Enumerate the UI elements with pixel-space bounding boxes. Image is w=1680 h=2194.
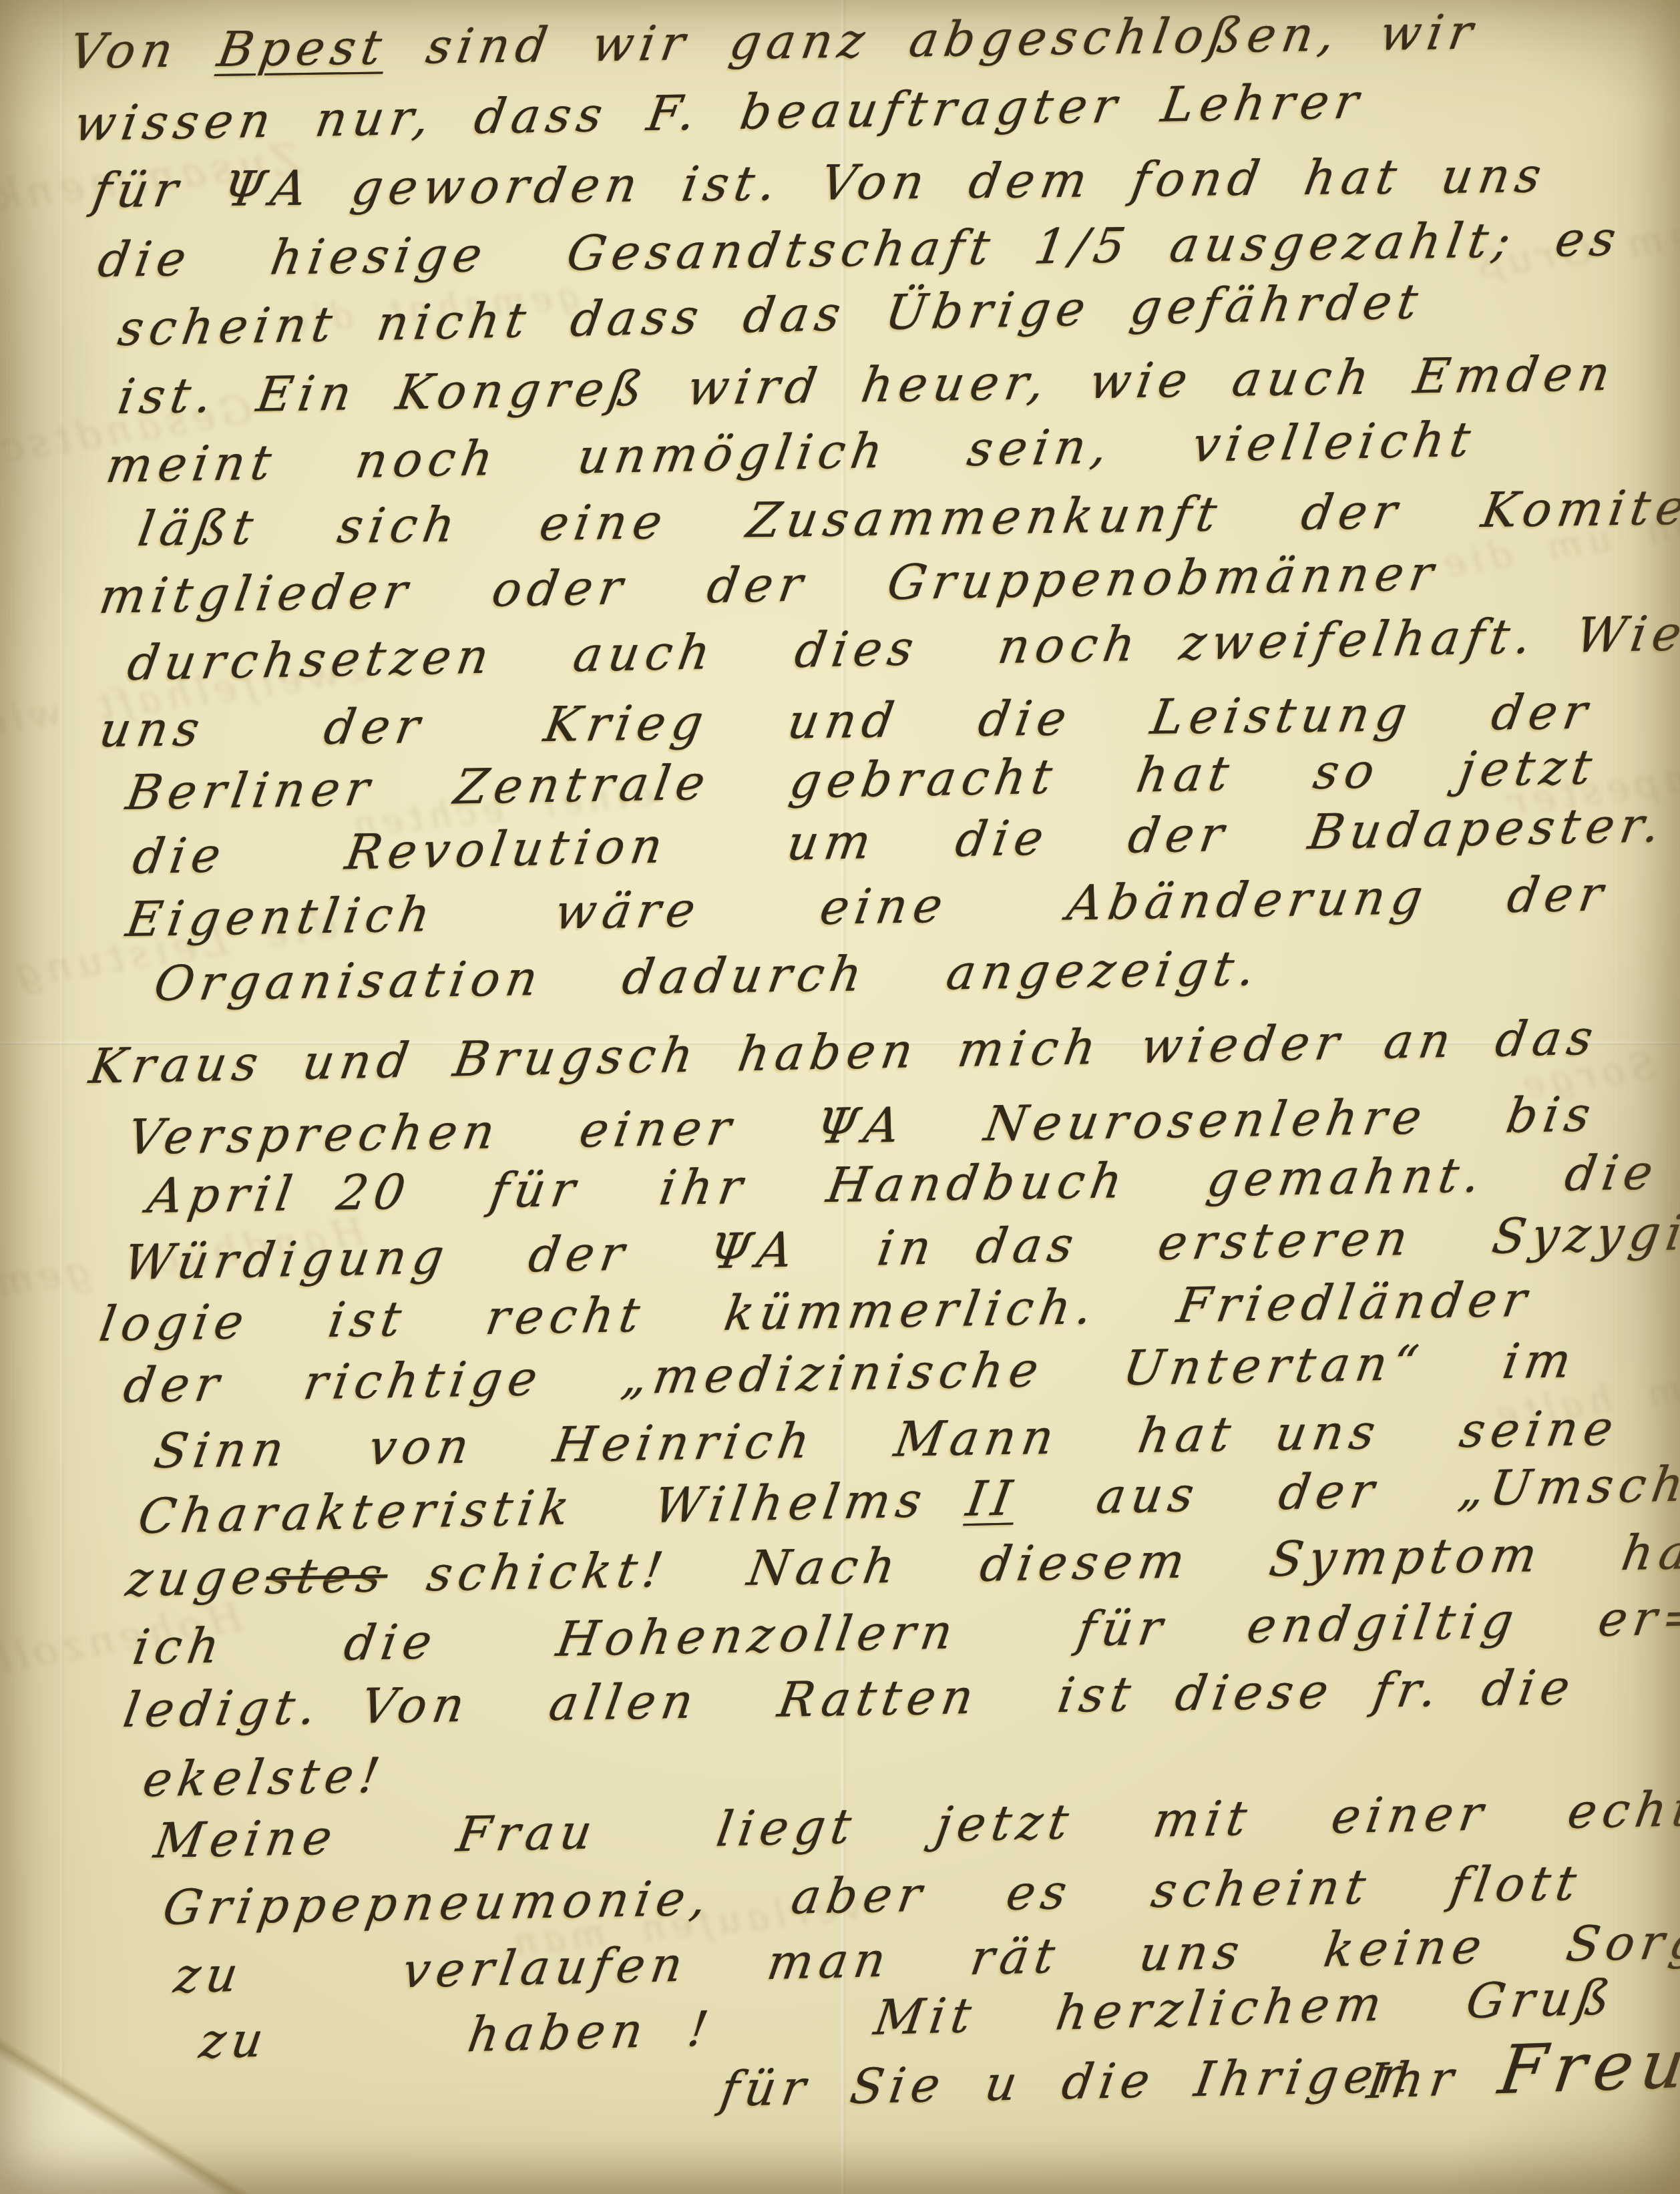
line-03: für ΨA geworden ist. Von dem fond hat un… (89, 150, 1551, 216)
line-07: meint noch unmöglich sein, vielleicht (103, 415, 1480, 491)
line-02: wissen nur, dass F. beauftragter Lehrer (71, 76, 1368, 150)
signature: Ihr Freud (1364, 2026, 1680, 2110)
line-10: durchsetzen auch dies noch zweifelhaft. … (124, 608, 1680, 689)
handwriting-text: mitglieder oder der Gruppenobmänner (95, 545, 1443, 624)
line-09: mitglieder oder der Gruppenobmänner (96, 548, 1443, 622)
signature-name: Freud (1494, 2022, 1680, 2109)
line-14: Eigentlich wäre eine Abänderung der (123, 869, 1612, 945)
closing-dedication: für Sie u die Ihrigen (717, 2050, 1420, 2115)
fold-crease-vertical-left (59, 0, 65, 2194)
handwriting-text: Ihr (1364, 2048, 1503, 2109)
manuscript-letter-page: ZusammenkunftGesandtschaftzweifelhaft wi… (0, 0, 1680, 2194)
handwriting-text: ekelste! (139, 1747, 389, 1808)
handwriting-text: für Sie u die Ihrigen (717, 2046, 1420, 2117)
handwriting-text: sind wir ganz abgeschloßen, wir (383, 3, 1483, 75)
handwriting-text: meint noch unmöglich sein, vielleicht (103, 411, 1480, 494)
handwriting-text: II (963, 1470, 1022, 1527)
handwriting-text: stes (262, 1546, 392, 1604)
line-06: ist. Ein Kongreß wird heuer, wie auch Em… (115, 349, 1619, 423)
handwriting-text: aus der „Umschau (1013, 1454, 1680, 1526)
handwriting-text: scheint nicht dass das Übrige gefährdet (115, 273, 1428, 357)
handwriting-text: Bpest (214, 19, 391, 77)
line-27: ekelste! (140, 1751, 389, 1805)
handwriting-text: für ΨA geworden ist. Von dem fond hat un… (89, 147, 1551, 218)
handwriting-text: Von (65, 21, 223, 79)
handwriting-text: wissen nur, dass F. beauftragter Lehrer (70, 73, 1368, 152)
line-01: Von Bpest sind wir ganz abgeschloßen, wi… (66, 7, 1482, 77)
handwriting-text: Organisation dadurch angezeigt. (150, 940, 1265, 1012)
line-15: Organisation dadurch angezeigt. (151, 943, 1265, 1010)
line-05: scheint nicht dass das Übrige gefährdet (115, 276, 1427, 355)
handwriting-text: zuge (122, 1548, 270, 1607)
bottom-left-corner-fold (0, 2024, 314, 2194)
line-26: ledigt. Von allen Ratten ist diese fr. d… (120, 1663, 1579, 1736)
